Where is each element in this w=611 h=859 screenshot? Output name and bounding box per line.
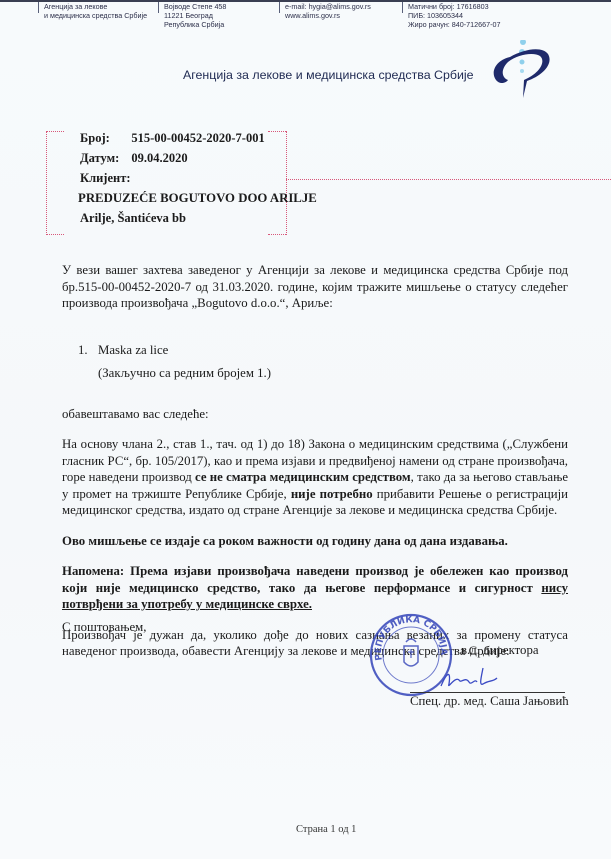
frame-mark <box>46 131 64 132</box>
header-registry: Матични број: 17616803 ПИБ: 103605344 Жи… <box>402 2 501 13</box>
client-name: PREDUZEĆE BOGUTOVO DOO ARILJE <box>78 188 317 208</box>
note-paragraph: Напомена: Према изјави произвођача навед… <box>62 563 568 613</box>
website-link[interactable]: www.alims.gov.rs <box>285 11 371 20</box>
client-label: Клијент: <box>80 168 317 188</box>
basis-paragraph: На основу члана 2., став 1., тач. од 1) … <box>62 436 568 519</box>
signature-line <box>410 692 565 693</box>
frame-mark <box>268 234 286 235</box>
signature-scribble-icon <box>437 664 499 694</box>
signatory-name: Спец. др. мед. Саша Јањовић <box>410 694 569 709</box>
list-item: 1. Maska za lice <box>62 342 568 359</box>
product-list: 1. Maska za lice (Закључно са редним бро… <box>62 342 568 382</box>
alims-logo-icon <box>488 40 558 110</box>
fold-mark <box>286 179 611 180</box>
header-contact: e-mail: hygia@alims.gov.rs www.alims.gov… <box>279 2 371 13</box>
header-agency-name: Агенција за лекове и медицинска средства… <box>38 2 147 13</box>
document-date: Датум: 09.04.2020 <box>80 148 317 168</box>
client-address: Arilje, Šantićeva bb <box>80 208 317 228</box>
agency-title: Агенција за лекове и медицинска средства… <box>183 68 474 82</box>
letter-body: У вези вашег захтева заведеног у Агенциј… <box>62 262 568 670</box>
notice-line: обавештавамо вас следеће: <box>62 406 568 423</box>
document-meta: Број: 515-00-00452-2020-7-001 Датум: 09.… <box>80 128 317 228</box>
validity-paragraph: Ово мишљење се издаје са роком важности … <box>62 533 568 550</box>
greeting: С поштовањем, <box>62 620 146 635</box>
signatory-title: в.д. директора <box>461 643 539 658</box>
reference-number: Број: 515-00-00452-2020-7-001 <box>80 128 317 148</box>
header-address: Војводе Степе 458 11221 Београд Републик… <box>158 2 226 13</box>
intro-paragraph: У вези вашег захтева заведеног у Агенциј… <box>62 262 568 312</box>
page-number: Страна 1 од 1 <box>296 824 356 835</box>
email-link[interactable]: e-mail: hygia@alims.gov.rs <box>285 2 371 11</box>
frame-mark <box>46 234 64 235</box>
document-page: Агенција за лекове и медицинска средства… <box>0 0 611 859</box>
frame-mark <box>46 131 47 235</box>
list-total: (Закључно са редним бројем 1.) <box>62 365 568 382</box>
